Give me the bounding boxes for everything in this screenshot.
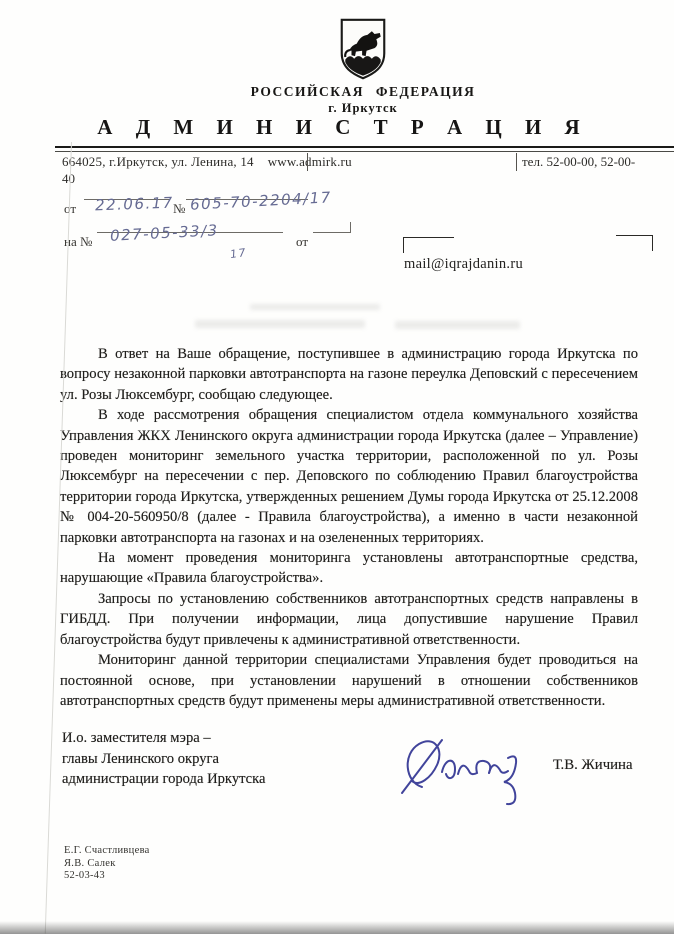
position-line: главы Ленинского округа [62,749,266,770]
scan-edge-shadow [0,921,674,934]
website: www.admirk.ru [268,154,352,169]
postal-address: 664025, г.Иркутск, ул. Ленина, 14 [62,154,254,169]
reply-date-underline [313,232,351,233]
irkutsk-coat-of-arms-icon [336,18,390,80]
letterhead: РОССИЙСКАЯ ФЕДЕРАЦИЯ г. Иркутск [26,18,674,116]
recipient-email: mail@iqrajdanin.ru [404,256,523,273]
signatory-position: И.о. заместителя мэра –главы Ленинского … [62,728,266,790]
body-paragraph: На момент проведения мониторинга установ… [60,548,638,589]
body-paragraph: В ответ на Ваше обращение, поступившее в… [60,344,638,405]
divider-bar [516,153,517,171]
erased-text-smudge [395,321,520,329]
position-line: администрации города Иркутска [62,769,266,790]
handwritten-date: 22.06.17 [95,194,174,215]
executor-line: 52-03-43 [64,870,150,883]
address-zone-corner-left [403,237,454,253]
body-paragraph: В ходе рассмотрения обращения специалист… [60,405,638,548]
reply-from-label: от [296,234,308,250]
handwritten-reply-suffix: 17 [229,246,248,261]
ref-from-label: от [64,201,76,217]
address-zone-corner-right [616,235,653,251]
erased-text-smudge [250,304,380,310]
address-line: 664025, г.Иркутск, ул. Ленина, 14www.adm… [62,154,352,170]
phone-number: тел. 52-00-00, 52-00- [522,154,635,170]
body-paragraph: Мониторинг данной территории специалиста… [60,650,638,711]
phone-number-wrapped: 40 [62,171,75,187]
letter-body: В ответ на Ваше обращение, поступившее в… [60,344,638,711]
position-line: И.о. заместителя мэра – [62,728,266,749]
signatory-name: Т.В. Жичина [553,757,633,774]
executor-line: Е.Г. Счастливцева [64,845,150,858]
country-name: РОССИЙСКАЯ ФЕДЕРАЦИЯ [26,84,674,100]
divider-bar [307,153,308,171]
executor-line: Я.В. Салек [64,858,150,871]
executor-info: Е.Г. СчастливцеваЯ.В. Салек52-03-43 [64,845,150,883]
handwritten-signature [392,730,537,808]
city-name: г. Иркутск [26,101,674,116]
scanned-letter-page: РОССИЙСКАЯ ФЕДЕРАЦИЯ г. Иркутск А Д М И … [0,0,674,934]
ref-number-label: № [173,201,185,217]
organization-title: А Д М И Н И С Т Р А Ц И Я [6,115,674,140]
erased-text-smudge [195,320,365,328]
handwritten-number: 605-70-2204/17 [190,188,333,213]
header-rule [55,146,674,152]
handwritten-reply-number: 027-05-33/3 [110,221,220,245]
body-paragraph: Запросы по установлению собственников ав… [60,589,638,650]
